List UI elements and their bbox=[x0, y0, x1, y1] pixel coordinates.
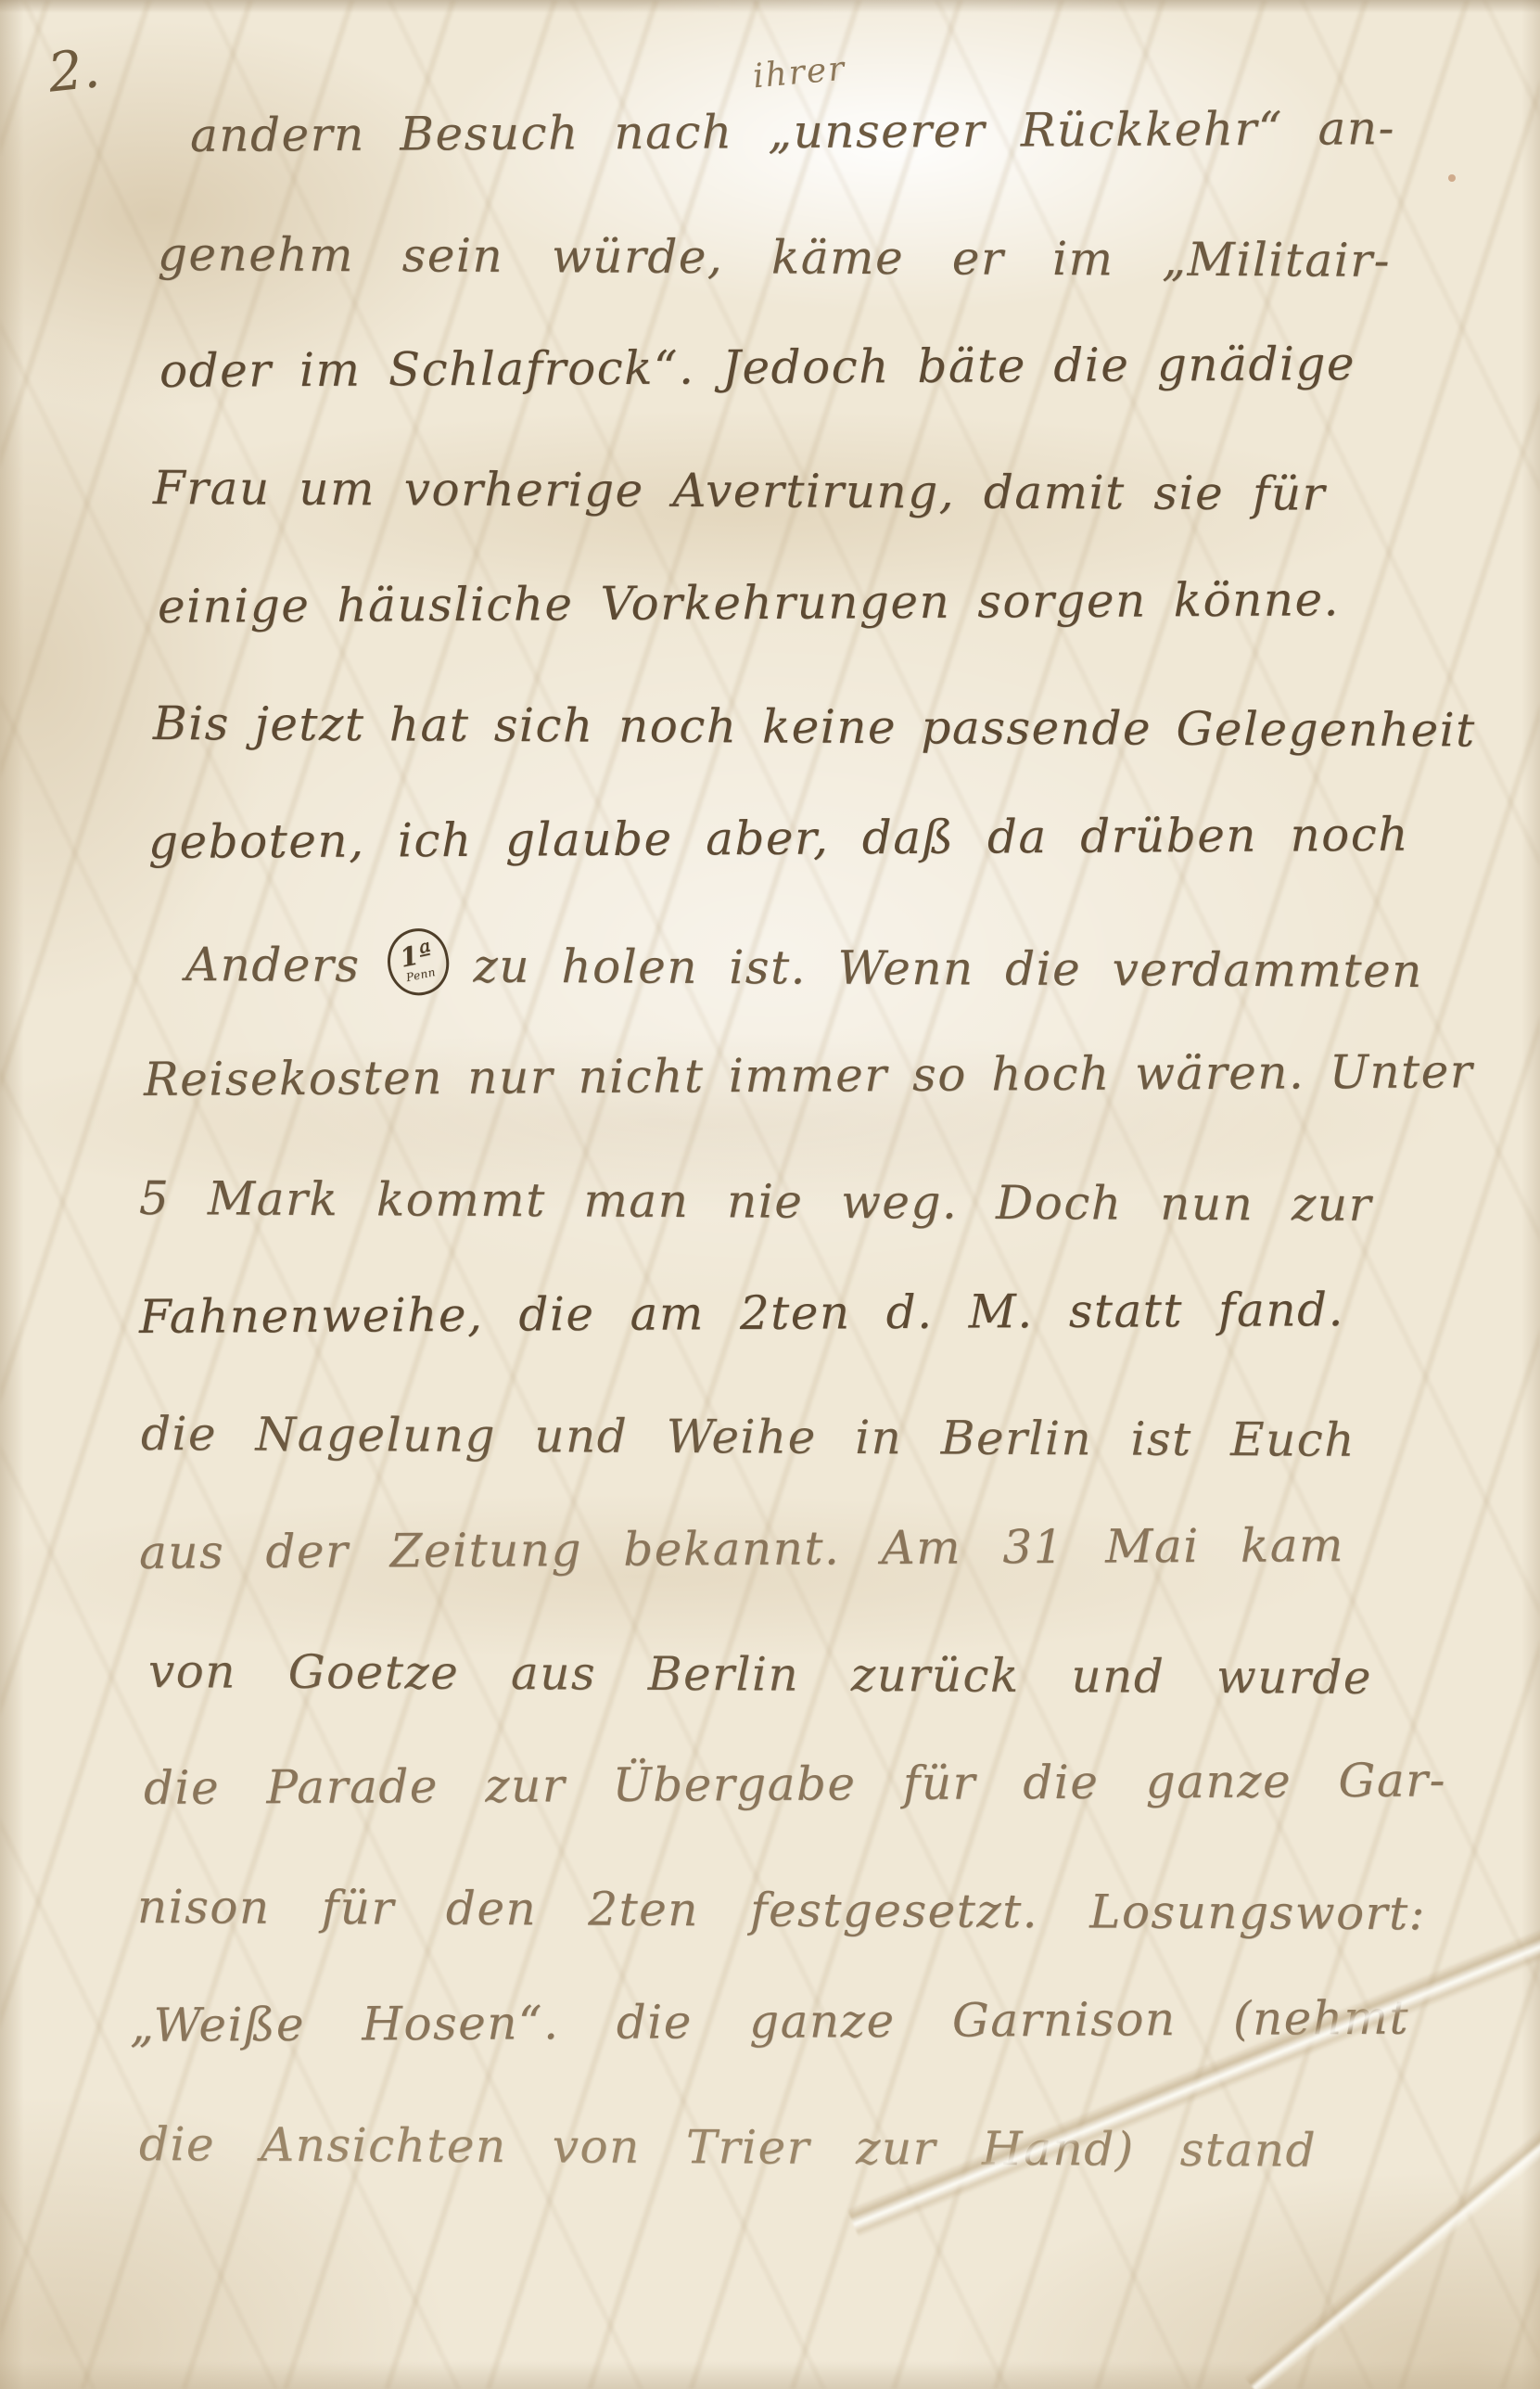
ink-speck bbox=[1448, 174, 1456, 182]
line-text-before-stamp: Anders bbox=[185, 939, 361, 991]
manuscript-line: „Weiße Hosen“. die ganze Garnison (nehmt bbox=[130, 1992, 1409, 2051]
line-text-after-stamp: zu holen ist. Wenn die verdammten bbox=[473, 940, 1423, 997]
paper-fold-crease bbox=[847, 1923, 1540, 2238]
manuscript-line: einige häusliche Vorkehrungen sorgen kön… bbox=[158, 573, 1340, 632]
manuscript-line: geboten, ich glaube aber, daß da drüben … bbox=[148, 809, 1409, 868]
manuscript-line: genehm sein würde, käme er im „Militair- bbox=[158, 228, 1391, 287]
manuscript-line: nison für den 2ten festgesetzt. Losungsw… bbox=[137, 1881, 1426, 1939]
interlinear-insertion: ihrer bbox=[751, 50, 847, 96]
manuscript-line: die Ansichten von Trier zur Hand) stand bbox=[139, 2118, 1317, 2177]
manuscript-line: Fahnenweihe, die am 2ten d. M. statt fan… bbox=[139, 1284, 1344, 1343]
manuscript-line: oder im Schlafrock“. Jedoch bäte die gnä… bbox=[159, 338, 1355, 397]
manuscript-page: 2. ihrer andern Besuch nach „unserer Rüc… bbox=[0, 0, 1540, 2389]
page-number: 2. bbox=[45, 36, 103, 104]
reference-stamp: 1ª Penn bbox=[382, 923, 455, 1001]
manuscript-line: Reisekosten nur nicht immer so hoch wäre… bbox=[144, 1045, 1442, 1105]
manuscript-line-with-stamp: Anders 1ª Penn zu holen ist. Wenn die ve… bbox=[185, 935, 1423, 1001]
manuscript-line: die Parade zur Übergabe für die ganze Ga… bbox=[144, 1754, 1446, 1814]
manuscript-line: aus der Zeitung bekannt. Am 31 Mai kam bbox=[139, 1519, 1344, 1578]
manuscript-line: von Goetze aus Berlin zurück und wurde bbox=[148, 1645, 1372, 1704]
manuscript-line: Bis jetzt hat sich noch keine passende G… bbox=[153, 697, 1423, 756]
manuscript-line: andern Besuch nach „unserer Rückkehr“ an… bbox=[190, 102, 1395, 161]
manuscript-line: Frau um vorherige Avertirung, damit sie … bbox=[153, 462, 1326, 520]
manuscript-line: die Nagelung und Weihe in Berlin ist Euc… bbox=[141, 1408, 1355, 1466]
manuscript-line: 5 Mark kommt man nie weg. Doch nun zur bbox=[139, 1172, 1372, 1231]
